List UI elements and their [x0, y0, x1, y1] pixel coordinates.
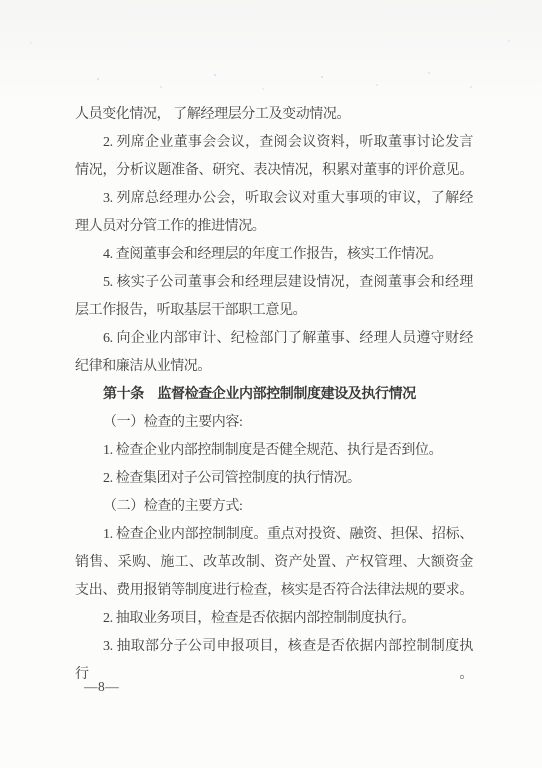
text-line: 纪律和廉洁从业情况。	[75, 353, 473, 381]
text-line: 3. 列席总经理办公会，听取会议对重大事项的审议，了解经	[75, 185, 473, 213]
paragraph-section-2-title: （二）检查的主要方式:	[75, 493, 473, 521]
document-body: 人员变化情况， 了解经理层分工及变动情况。 2. 列席企业董事会会议，查阅会议资…	[75, 101, 473, 661]
paragraph-method-item-1: 1. 检查企业内部控制制度。重点对投资、融资、担保、招标、 销售、采购、施工、改…	[75, 521, 473, 605]
text-line: 人员变化情况， 了解经理层分工及变动情况。	[75, 101, 473, 129]
text-line: 1. 检查企业内部控制制度是否健全规范、执行是否到位。	[75, 437, 473, 465]
paragraph-item-4: 4. 查阅董事会和经理层的年度工作报告，核实工作情况。	[75, 241, 473, 269]
scanned-page: 人员变化情况， 了解经理层分工及变动情况。 2. 列席企业董事会会议，查阅会议资…	[0, 0, 542, 768]
text-line: （二）检查的主要方式:	[75, 493, 473, 521]
text-line: 2. 抽取业务项目，检查是否依据内部控制制度执行。	[75, 605, 473, 633]
text-line: 2. 检查集团对子公司管控制度的执行情况。	[75, 465, 473, 493]
text-line: 2. 列席企业董事会会议，查阅会议资料，听取董事讨论发言	[75, 129, 473, 157]
text-line: 6. 向企业内部审计、纪检部门了解董事、经理人员遵守财经	[75, 325, 473, 353]
paragraph-item-2: 2. 列席企业董事会会议，查阅会议资料，听取董事讨论发言 情况，分析议题准备、研…	[75, 129, 473, 185]
text-line: 4. 查阅董事会和经理层的年度工作报告，核实工作情况。	[75, 241, 473, 269]
text-line: 销售、采购、施工、改革改制、资产处置、产权管理、大额资金	[75, 549, 473, 577]
text-line: 理人员对分管工作的推进情况。	[75, 213, 473, 241]
paragraph-content-item-2: 2. 检查集团对子公司管控制度的执行情况。	[75, 465, 473, 493]
text-line: （一）检查的主要内容:	[75, 409, 473, 437]
text-line: 3. 抽取部分子公司申报项目，核查是否依据内部控制制度执行。	[75, 633, 473, 661]
text-line: 情况，分析议题准备、研究、表决情况，积累对董事的评价意见。	[75, 157, 473, 185]
text-line: 1. 检查企业内部控制制度。重点对投资、融资、担保、招标、	[75, 521, 473, 549]
text-line: 支出、费用报销等制度进行检查，核实是否符合法律法规的要求。	[75, 577, 473, 605]
paragraph-item-3: 3. 列席总经理办公会，听取会议对重大事项的审议，了解经 理人员对分管工作的推进…	[75, 185, 473, 241]
paragraph-content-item-1: 1. 检查企业内部控制制度是否健全规范、执行是否到位。	[75, 437, 473, 465]
scan-noise-speckles	[0, 0, 2, 2]
paragraph-item-6: 6. 向企业内部审计、纪检部门了解董事、经理人员遵守财经 纪律和廉洁从业情况。	[75, 325, 473, 381]
paragraph-item-5: 5. 核实子公司董事会和经理层建设情况，查阅董事会和经理 层工作报告，听取基层干…	[75, 269, 473, 325]
paragraph-section-1-title: （一）检查的主要内容:	[75, 409, 473, 437]
heading-line: 第十条 监督检查企业内部控制制度建设及执行情况	[75, 381, 473, 409]
page-number: —8—	[84, 679, 119, 695]
paragraph-method-item-3: 3. 抽取部分子公司申报项目，核查是否依据内部控制制度执行。	[75, 633, 473, 661]
paragraph-method-item-2: 2. 抽取业务项目，检查是否依据内部控制制度执行。	[75, 605, 473, 633]
text-line: 层工作报告，听取基层干部职工意见。	[75, 297, 473, 325]
paragraph-continuation: 人员变化情况， 了解经理层分工及变动情况。	[75, 101, 473, 129]
article-10-heading: 第十条 监督检查企业内部控制制度建设及执行情况	[75, 381, 473, 409]
text-line: 5. 核实子公司董事会和经理层建设情况，查阅董事会和经理	[75, 269, 473, 297]
